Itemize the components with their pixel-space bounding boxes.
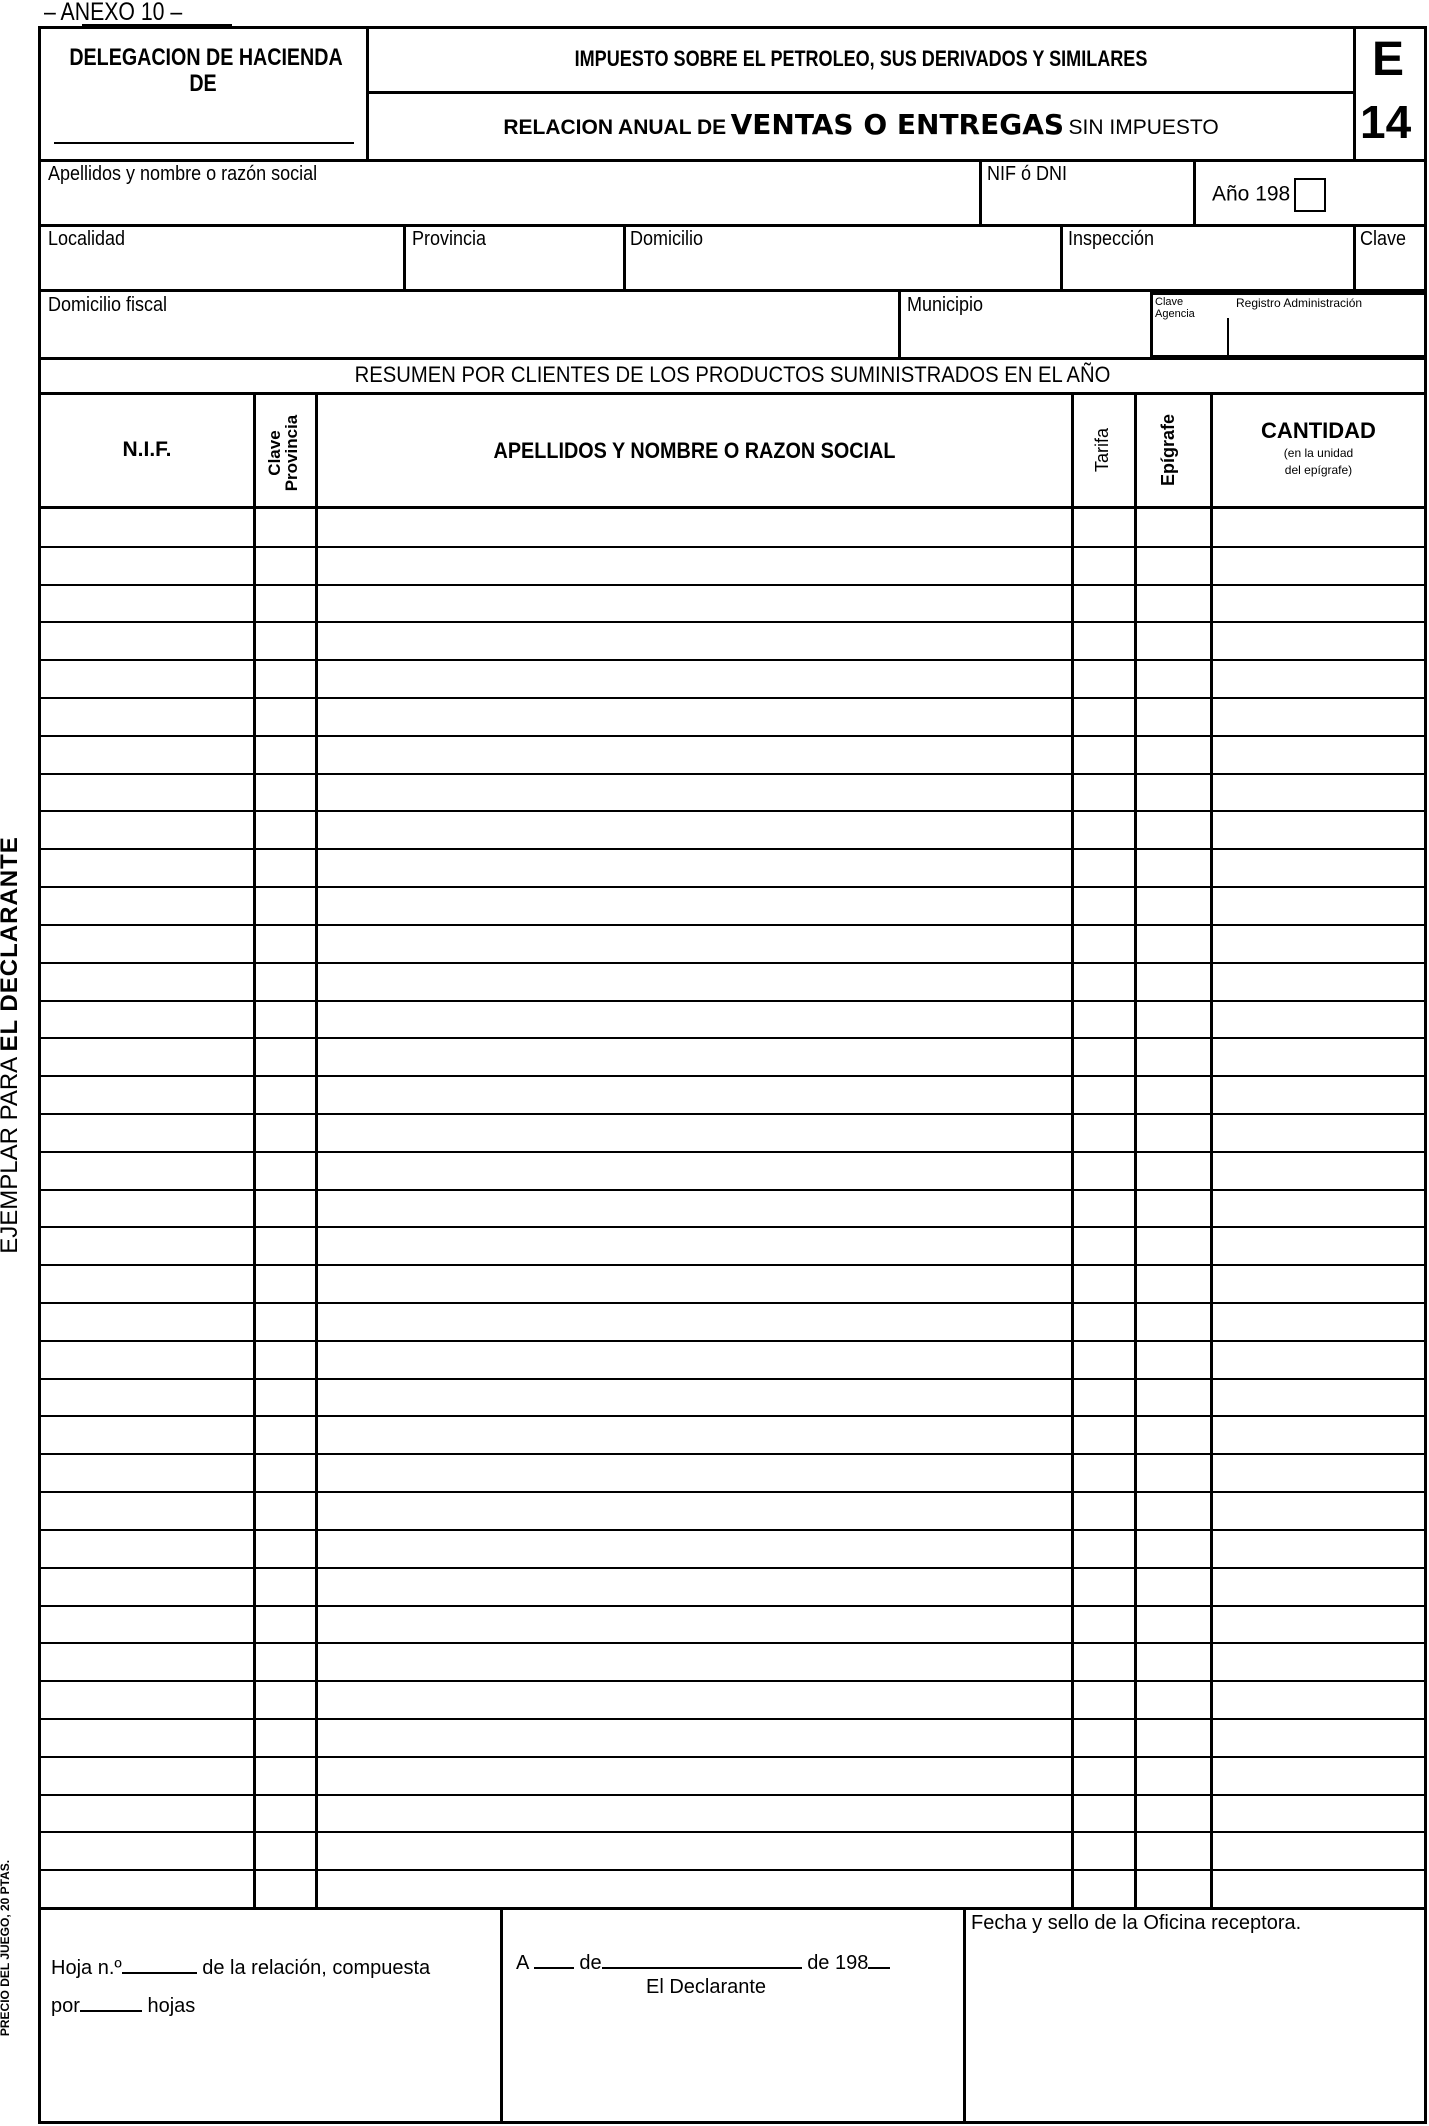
cell-apellidos[interactable] — [318, 1265, 1071, 1301]
cell-clave-provincia[interactable] — [256, 1001, 315, 1037]
nif-dni-label: NIF ó DNI — [987, 163, 1067, 185]
row-divider — [38, 1491, 1425, 1493]
cell-clave-provincia[interactable] — [256, 887, 315, 923]
cell-cantidad[interactable] — [1213, 774, 1424, 810]
sheet-number-statement: Hoja n.º de la relación, compuesta por h… — [51, 1949, 430, 2025]
cell-tarifa[interactable] — [1074, 698, 1134, 734]
cell-apellidos[interactable] — [318, 1568, 1071, 1604]
cell-cantidad[interactable] — [1213, 1681, 1424, 1717]
cell-clave-provincia[interactable] — [256, 1227, 315, 1263]
row-divider — [38, 697, 1425, 699]
cell-nif[interactable] — [41, 811, 253, 847]
delegacion-line[interactable] — [54, 142, 354, 144]
municipio-label: Municipio — [907, 294, 983, 316]
clave-label: Clave — [1360, 228, 1406, 250]
cell-clave-provincia[interactable] — [256, 585, 315, 621]
cell-epigrafe[interactable] — [1137, 1643, 1210, 1679]
cell-cantidad[interactable] — [1213, 1190, 1424, 1226]
col-header-nif: N.I.F. — [41, 438, 253, 462]
row-divider — [38, 621, 1425, 623]
cell-apellidos[interactable] — [318, 1870, 1071, 1906]
cell-clave-provincia[interactable] — [256, 1152, 315, 1188]
cell-cantidad[interactable] — [1213, 585, 1424, 621]
cell-apellidos[interactable] — [318, 811, 1071, 847]
domicilio-label: Domicilio — [630, 228, 703, 250]
cell-cantidad[interactable] — [1213, 1379, 1424, 1415]
row-divider — [38, 1302, 1425, 1304]
cell-epigrafe[interactable] — [1137, 1190, 1210, 1226]
row-divider — [38, 546, 1425, 548]
cell-clave-provincia[interactable] — [256, 1530, 315, 1566]
cell-nif[interactable] — [41, 1606, 253, 1642]
cell-cantidad[interactable] — [1213, 1492, 1424, 1528]
cell-apellidos[interactable] — [318, 509, 1071, 545]
cell-cantidad[interactable] — [1213, 1152, 1424, 1188]
cell-epigrafe[interactable] — [1137, 1152, 1210, 1188]
cell-epigrafe[interactable] — [1137, 887, 1210, 923]
cell-nif[interactable] — [41, 585, 253, 621]
row-divider — [38, 1453, 1425, 1455]
cell-tarifa[interactable] — [1074, 963, 1134, 999]
apellidos-label: Apellidos y nombre o razón social — [48, 163, 317, 185]
cell-cantidad[interactable] — [1213, 1303, 1424, 1339]
cell-tarifa[interactable] — [1074, 1719, 1134, 1755]
sheet-number-blank[interactable] — [122, 1954, 197, 1974]
tax-title: IMPUESTO SOBRE EL PETROLEO, SUS DERIVADO… — [458, 46, 1265, 72]
cell-tarifa[interactable] — [1074, 1530, 1134, 1566]
cell-epigrafe[interactable] — [1137, 1114, 1210, 1150]
cell-epigrafe[interactable] — [1137, 1530, 1210, 1566]
cell-clave-provincia[interactable] — [256, 1038, 315, 1074]
cell-epigrafe[interactable] — [1137, 585, 1210, 621]
cell-tarifa[interactable] — [1074, 1227, 1134, 1263]
cell-clave-provincia[interactable] — [256, 1681, 315, 1717]
cell-apellidos[interactable] — [318, 1795, 1071, 1831]
cell-apellidos[interactable] — [318, 1719, 1071, 1755]
cell-epigrafe[interactable] — [1137, 736, 1210, 772]
domicilio-fiscal-field[interactable] — [41, 292, 898, 356]
row-divider — [38, 1340, 1425, 1342]
cell-epigrafe[interactable] — [1137, 1227, 1210, 1263]
cell-epigrafe[interactable] — [1137, 1341, 1210, 1377]
cell-epigrafe[interactable] — [1137, 1492, 1210, 1528]
cell-clave-provincia[interactable] — [256, 1870, 315, 1906]
cell-epigrafe[interactable] — [1137, 1416, 1210, 1452]
signature-area[interactable] — [503, 2000, 963, 2120]
cell-apellidos[interactable] — [318, 1643, 1071, 1679]
cell-apellidos[interactable] — [318, 1303, 1071, 1339]
cell-nif[interactable] — [41, 509, 253, 545]
cell-clave-provincia[interactable] — [256, 1416, 315, 1452]
cell-clave-provincia[interactable] — [256, 1454, 315, 1490]
row-divider — [38, 1794, 1425, 1796]
col-header-tarifa: Tarifa — [1092, 390, 1116, 510]
cell-apellidos[interactable] — [318, 1152, 1071, 1188]
cell-nif[interactable] — [41, 1681, 253, 1717]
cell-cantidad[interactable] — [1213, 1454, 1424, 1490]
cell-epigrafe[interactable] — [1137, 1454, 1210, 1490]
cell-nif[interactable] — [41, 1643, 253, 1679]
divider — [366, 26, 369, 162]
cell-nif[interactable] — [41, 660, 253, 696]
cell-clave-provincia[interactable] — [256, 1832, 315, 1868]
cell-tarifa[interactable] — [1074, 1643, 1134, 1679]
cell-tarifa[interactable] — [1074, 1001, 1134, 1037]
cell-apellidos[interactable] — [318, 1227, 1071, 1263]
delegacion-label: DELEGACION DE HACIENDA — [69, 44, 336, 72]
cell-cantidad[interactable] — [1213, 963, 1424, 999]
cell-apellidos[interactable] — [318, 660, 1071, 696]
cell-tarifa[interactable] — [1074, 622, 1134, 658]
cell-epigrafe[interactable] — [1137, 698, 1210, 734]
cell-clave-provincia[interactable] — [256, 660, 315, 696]
cell-clave-provincia[interactable] — [256, 1379, 315, 1415]
cell-apellidos[interactable] — [318, 849, 1071, 885]
cell-tarifa[interactable] — [1074, 1152, 1134, 1188]
cell-cantidad[interactable] — [1213, 1076, 1424, 1112]
cell-tarifa[interactable] — [1074, 1076, 1134, 1112]
cell-clave-provincia[interactable] — [256, 736, 315, 772]
cell-nif[interactable] — [41, 849, 253, 885]
cell-clave-provincia[interactable] — [256, 1492, 315, 1528]
cell-apellidos[interactable] — [318, 585, 1071, 621]
localidad-label: Localidad — [48, 228, 125, 250]
cell-tarifa[interactable] — [1074, 1681, 1134, 1717]
cell-cantidad[interactable] — [1213, 1643, 1424, 1679]
cell-cantidad[interactable] — [1213, 1568, 1424, 1604]
cell-nif[interactable] — [41, 1152, 253, 1188]
cell-epigrafe[interactable] — [1137, 1265, 1210, 1301]
cell-clave-provincia[interactable] — [256, 1114, 315, 1150]
cell-tarifa[interactable] — [1074, 1454, 1134, 1490]
cell-clave-provincia[interactable] — [256, 925, 315, 961]
cell-apellidos[interactable] — [318, 1341, 1071, 1377]
cell-epigrafe[interactable] — [1137, 1001, 1210, 1037]
cell-cantidad[interactable] — [1213, 887, 1424, 923]
cell-epigrafe[interactable] — [1137, 963, 1210, 999]
cell-epigrafe[interactable] — [1137, 849, 1210, 885]
inspeccion-label: Inspección — [1068, 228, 1154, 250]
cell-apellidos[interactable] — [318, 1530, 1071, 1566]
cell-clave-provincia[interactable] — [256, 1606, 315, 1642]
divider — [366, 91, 1356, 94]
cell-cantidad[interactable] — [1213, 849, 1424, 885]
cell-tarifa[interactable] — [1074, 1114, 1134, 1150]
cell-clave-provincia[interactable] — [256, 547, 315, 583]
cell-apellidos[interactable] — [318, 1001, 1071, 1037]
cell-apellidos[interactable] — [318, 963, 1071, 999]
cell-cantidad[interactable] — [1213, 547, 1424, 583]
cell-epigrafe[interactable] — [1137, 1832, 1210, 1868]
cell-apellidos[interactable] — [318, 1606, 1071, 1642]
cell-cantidad[interactable] — [1213, 1832, 1424, 1868]
cell-epigrafe[interactable] — [1137, 811, 1210, 847]
cell-epigrafe[interactable] — [1137, 622, 1210, 658]
cell-cantidad[interactable] — [1213, 925, 1424, 961]
cell-tarifa[interactable] — [1074, 1832, 1134, 1868]
cell-nif[interactable] — [41, 622, 253, 658]
cell-clave-provincia[interactable] — [256, 1303, 315, 1339]
cell-tarifa[interactable] — [1074, 925, 1134, 961]
cell-nif[interactable] — [41, 698, 253, 734]
row-divider — [38, 773, 1425, 775]
cell-nif[interactable] — [41, 1265, 253, 1301]
cell-apellidos[interactable] — [318, 1416, 1071, 1452]
cell-tarifa[interactable] — [1074, 1492, 1134, 1528]
cell-tarifa[interactable] — [1074, 585, 1134, 621]
cell-apellidos[interactable] — [318, 1190, 1071, 1226]
cell-tarifa[interactable] — [1074, 736, 1134, 772]
cell-nif[interactable] — [41, 1757, 253, 1793]
col-header-cantidad: CANTIDAD (en la unidad del epígrafe) — [1213, 418, 1424, 477]
cell-apellidos[interactable] — [318, 736, 1071, 772]
cell-nif[interactable] — [41, 774, 253, 810]
divider — [1353, 26, 1356, 162]
cell-cantidad[interactable] — [1213, 622, 1424, 658]
cell-nif[interactable] — [41, 1719, 253, 1755]
cell-cantidad[interactable] — [1213, 1265, 1424, 1301]
row-divider — [38, 1756, 1425, 1758]
row-divider — [38, 1264, 1425, 1266]
provincia-label: Provincia — [412, 228, 486, 250]
cell-apellidos[interactable] — [318, 622, 1071, 658]
row-divider — [38, 1831, 1425, 1833]
cell-clave-provincia[interactable] — [256, 963, 315, 999]
row-divider — [38, 1151, 1425, 1153]
col-header-clave-provincia: Clave Provincia — [266, 393, 302, 513]
cell-tarifa[interactable] — [1074, 547, 1134, 583]
cell-cantidad[interactable] — [1213, 509, 1424, 545]
cell-apellidos[interactable] — [318, 1832, 1071, 1868]
cell-nif[interactable] — [41, 963, 253, 999]
cell-cantidad[interactable] — [1213, 1341, 1424, 1377]
row-divider — [38, 735, 1425, 737]
cell-apellidos[interactable] — [318, 1076, 1071, 1112]
cell-nif[interactable] — [41, 1114, 253, 1150]
row-divider — [38, 1189, 1425, 1191]
cell-nif[interactable] — [41, 736, 253, 772]
cell-clave-provincia[interactable] — [256, 509, 315, 545]
cell-nif[interactable] — [41, 1379, 253, 1415]
total-sheets-blank[interactable] — [80, 1992, 142, 2012]
cell-nif[interactable] — [41, 1001, 253, 1037]
cell-nif[interactable] — [41, 1076, 253, 1112]
price-note: PRECIO DEL JUEGO, 20 PTAS. — [0, 1833, 13, 2063]
cell-nif[interactable] — [41, 1454, 253, 1490]
col-header-epigrafe: Epígrafe — [1158, 390, 1182, 510]
cell-clave-provincia[interactable] — [256, 1757, 315, 1793]
cell-tarifa[interactable] — [1074, 1795, 1134, 1831]
cell-epigrafe[interactable] — [1137, 1795, 1210, 1831]
cell-clave-provincia[interactable] — [256, 1568, 315, 1604]
cell-epigrafe[interactable] — [1137, 509, 1210, 545]
cell-clave-provincia[interactable] — [256, 1341, 315, 1377]
cell-epigrafe[interactable] — [1137, 1606, 1210, 1642]
cell-epigrafe[interactable] — [1137, 1038, 1210, 1074]
cell-nif[interactable] — [41, 1303, 253, 1339]
cell-cantidad[interactable] — [1213, 1227, 1424, 1263]
row-divider — [38, 1075, 1425, 1077]
year-digit-blank[interactable] — [868, 1949, 890, 1969]
row-divider — [38, 810, 1425, 812]
cell-nif[interactable] — [41, 1341, 253, 1377]
divider — [38, 392, 1427, 395]
cell-apellidos[interactable] — [318, 1757, 1071, 1793]
cell-cantidad[interactable] — [1213, 1001, 1424, 1037]
cell-clave-provincia[interactable] — [256, 1190, 315, 1226]
office-stamp-area — [966, 1940, 1424, 2120]
cell-tarifa[interactable] — [1074, 1379, 1134, 1415]
cell-nif[interactable] — [41, 1492, 253, 1528]
cell-epigrafe[interactable] — [1137, 925, 1210, 961]
cell-tarifa[interactable] — [1074, 1303, 1134, 1339]
cell-tarifa[interactable] — [1074, 1568, 1134, 1604]
cell-tarifa[interactable] — [1074, 1757, 1134, 1793]
cell-apellidos[interactable] — [318, 698, 1071, 734]
cell-apellidos[interactable] — [318, 1681, 1071, 1717]
ano-field: Año 198 — [1212, 178, 1326, 212]
cell-nif[interactable] — [41, 1227, 253, 1263]
cell-cantidad[interactable] — [1213, 660, 1424, 696]
office-stamp-label: Fecha y sello de la Oficina receptora. — [971, 1912, 1301, 1935]
row-divider — [38, 1415, 1425, 1417]
row-divider — [38, 1037, 1425, 1039]
cell-clave-provincia[interactable] — [256, 1265, 315, 1301]
cell-tarifa[interactable] — [1074, 509, 1134, 545]
cell-clave-provincia[interactable] — [256, 1795, 315, 1831]
divider — [1227, 318, 1229, 356]
row-divider — [38, 1113, 1425, 1115]
domicilio-fiscal-label: Domicilio fiscal — [48, 294, 167, 316]
cell-clave-provincia[interactable] — [256, 774, 315, 810]
cell-apellidos[interactable] — [318, 1114, 1071, 1150]
row-divider — [38, 1000, 1425, 1002]
signature-date-line: A de de 198 — [516, 1949, 890, 1975]
cell-cantidad[interactable] — [1213, 1606, 1424, 1642]
row-divider — [38, 924, 1425, 926]
cell-tarifa[interactable] — [1074, 1606, 1134, 1642]
cell-epigrafe[interactable] — [1137, 774, 1210, 810]
cell-epigrafe[interactable] — [1137, 1379, 1210, 1415]
cell-epigrafe[interactable] — [1137, 547, 1210, 583]
registro-label: Registro Administración — [1236, 296, 1362, 310]
cell-tarifa[interactable] — [1074, 1190, 1134, 1226]
row-divider — [38, 1869, 1425, 1871]
cell-nif[interactable] — [41, 1038, 253, 1074]
row-divider — [38, 584, 1425, 586]
cell-apellidos[interactable] — [318, 925, 1071, 961]
cell-epigrafe[interactable] — [1137, 1303, 1210, 1339]
relation-title: RELACION ANUAL DE VENTAS O ENTREGAS SIN … — [369, 108, 1353, 141]
cell-clave-provincia[interactable] — [256, 1643, 315, 1679]
row-divider — [38, 1642, 1425, 1644]
cell-nif[interactable] — [41, 1870, 253, 1906]
cell-cantidad[interactable] — [1213, 1870, 1424, 1906]
cell-nif[interactable] — [41, 887, 253, 923]
cell-apellidos[interactable] — [318, 1492, 1071, 1528]
form-code-letter: E — [1372, 34, 1404, 86]
cell-epigrafe[interactable] — [1137, 1719, 1210, 1755]
row-divider — [38, 1605, 1425, 1607]
cell-clave-provincia[interactable] — [256, 1076, 315, 1112]
cell-epigrafe[interactable] — [1137, 660, 1210, 696]
cell-cantidad[interactable] — [1213, 736, 1424, 772]
row-divider — [38, 1680, 1425, 1682]
row-divider — [38, 1567, 1425, 1569]
cell-tarifa[interactable] — [1074, 849, 1134, 885]
cell-clave-provincia[interactable] — [256, 811, 315, 847]
divider — [1193, 159, 1196, 225]
cell-nif[interactable] — [41, 1832, 253, 1868]
cell-cantidad[interactable] — [1213, 1038, 1424, 1074]
row-divider — [38, 659, 1425, 661]
cell-tarifa[interactable] — [1074, 887, 1134, 923]
declarante-label: El Declarante — [646, 1976, 766, 1999]
cell-apellidos[interactable] — [318, 1454, 1071, 1490]
row-divider — [38, 1226, 1425, 1228]
cell-epigrafe[interactable] — [1137, 1568, 1210, 1604]
cell-cantidad[interactable] — [1213, 1719, 1424, 1755]
cell-apellidos[interactable] — [318, 1038, 1071, 1074]
cell-clave-provincia[interactable] — [256, 849, 315, 885]
cell-nif[interactable] — [41, 1530, 253, 1566]
month-blank[interactable] — [602, 1949, 802, 1969]
cell-clave-provincia[interactable] — [256, 698, 315, 734]
day-blank[interactable] — [534, 1949, 574, 1969]
cell-nif[interactable] — [41, 1416, 253, 1452]
cell-nif[interactable] — [41, 1190, 253, 1226]
row-divider — [38, 1529, 1425, 1531]
cell-cantidad[interactable] — [1213, 1416, 1424, 1452]
row-divider — [38, 1718, 1425, 1720]
cell-cantidad[interactable] — [1213, 1114, 1424, 1150]
annex-label: – ANEXO 10 – — [44, 0, 182, 27]
cell-apellidos[interactable] — [318, 1379, 1071, 1415]
cell-tarifa[interactable] — [1074, 1341, 1134, 1377]
ano-digit-box[interactable] — [1294, 178, 1326, 212]
cell-clave-provincia[interactable] — [256, 622, 315, 658]
cell-tarifa[interactable] — [1074, 1265, 1134, 1301]
cell-epigrafe[interactable] — [1137, 1076, 1210, 1112]
cell-cantidad[interactable] — [1213, 1530, 1424, 1566]
cell-apellidos[interactable] — [318, 547, 1071, 583]
cell-cantidad[interactable] — [1213, 1757, 1424, 1793]
cell-tarifa[interactable] — [1074, 1870, 1134, 1906]
row-divider — [38, 848, 1425, 850]
cell-nif[interactable] — [41, 925, 253, 961]
cell-cantidad[interactable] — [1213, 1795, 1424, 1831]
cell-tarifa[interactable] — [1074, 811, 1134, 847]
col-header-apellidos: APELLIDOS Y NOMBRE O RAZON SOCIAL — [356, 438, 1034, 464]
cell-tarifa[interactable] — [1074, 1416, 1134, 1452]
cell-nif[interactable] — [41, 547, 253, 583]
cell-epigrafe[interactable] — [1137, 1681, 1210, 1717]
cell-tarifa[interactable] — [1074, 774, 1134, 810]
cell-tarifa[interactable] — [1074, 1038, 1134, 1074]
cell-nif[interactable] — [41, 1795, 253, 1831]
cell-apellidos[interactable] — [318, 774, 1071, 810]
cell-nif[interactable] — [41, 1568, 253, 1604]
cell-clave-provincia[interactable] — [256, 1719, 315, 1755]
row-divider — [38, 1378, 1425, 1380]
cell-apellidos[interactable] — [318, 887, 1071, 923]
cell-tarifa[interactable] — [1074, 660, 1134, 696]
cell-cantidad[interactable] — [1213, 698, 1424, 734]
cell-epigrafe[interactable] — [1137, 1757, 1210, 1793]
cell-epigrafe[interactable] — [1137, 1870, 1210, 1906]
cell-cantidad[interactable] — [1213, 811, 1424, 847]
copy-designation: EJEMPLAR PARA EL DECLARANTE — [0, 835, 25, 1255]
